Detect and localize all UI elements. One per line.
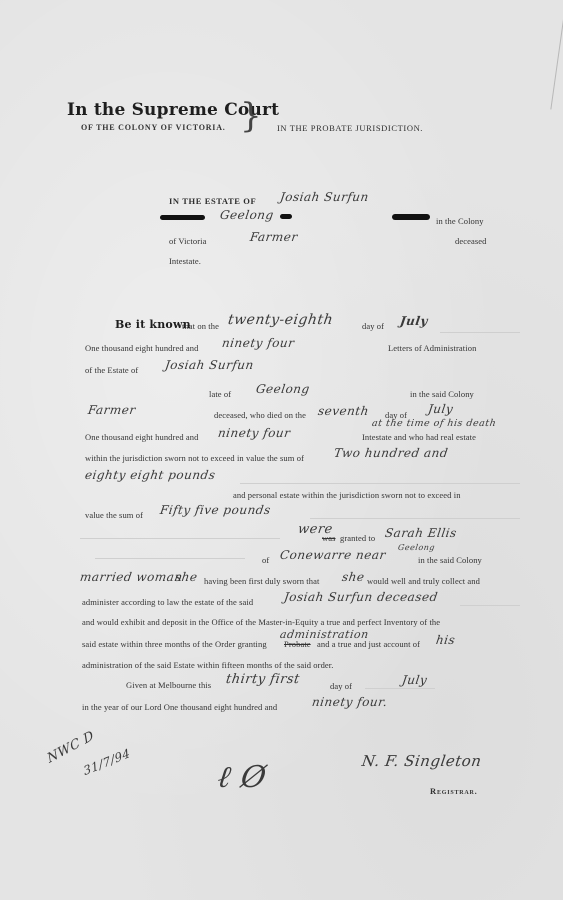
insertion-note: at the time of his death	[371, 418, 497, 429]
within-jurisdiction-label: within the jurisdiction sworn not to exc…	[85, 453, 304, 463]
that-on-the-label: that on the	[182, 321, 219, 331]
letters-of-administration-label: Letters of Administration	[388, 343, 476, 353]
exhibit-label: and would exhibit and deposit in the Off…	[82, 617, 440, 627]
grantee-field: Sarah Ellis	[384, 526, 458, 540]
grant-month-field: July	[399, 314, 429, 328]
of-label: of	[262, 555, 269, 565]
occupation-field: Farmer	[249, 230, 299, 244]
fill-line	[310, 518, 520, 519]
pronoun-field-2: she	[341, 570, 365, 584]
account-pronoun-field: his	[435, 633, 456, 647]
of-the-estate-of-label: of the Estate of	[85, 365, 138, 375]
death-day-field: seventh	[317, 404, 370, 418]
grant-year-field: ninety four	[221, 336, 295, 350]
seal-mark: ℓ Ø	[216, 760, 269, 795]
estate-label: IN THE ESTATE OF	[169, 196, 256, 206]
brace-divider: }	[240, 96, 262, 136]
true-account-label: and a true and just account of	[317, 639, 420, 649]
of-victoria-label: of Victoria	[169, 236, 207, 246]
given-month-field: July	[401, 673, 428, 687]
said-estate-label: said estate within three months of the O…	[82, 639, 267, 649]
would-collect-label: would well and truly collect and	[367, 576, 480, 586]
late-of-label: late of	[209, 389, 231, 399]
deceased-who-died-label: deceased, who died on the	[214, 410, 306, 420]
given-day-field: thirty first	[225, 672, 301, 687]
in-colony-label: in the Colony	[436, 216, 484, 226]
grant-day-field: twenty-eighth	[227, 312, 334, 328]
redaction-mark	[280, 214, 292, 219]
redaction-mark	[392, 214, 430, 220]
probate-struck: Probate	[284, 639, 311, 649]
value-sum-label: value the sum of	[85, 510, 143, 520]
administer-name-field: Josiah Surfun deceased	[283, 590, 439, 604]
real-estate-value-field-2: eighty eight pounds	[84, 468, 216, 482]
fill-line	[95, 558, 245, 559]
was-struck: was	[322, 533, 336, 543]
administer-label: administer according to law the estate o…	[82, 597, 253, 607]
given-year-field: ninety four.	[311, 695, 388, 709]
death-month-field: July	[427, 402, 454, 416]
in-said-colony-label: in the said Colony	[410, 389, 474, 399]
paper-edge	[550, 0, 563, 109]
grantee-place-insert: Geelong	[397, 543, 435, 552]
late-of-place-field: Geelong	[255, 382, 311, 396]
redaction-mark	[160, 215, 205, 220]
fill-line	[460, 605, 520, 606]
real-estate-value-field: Two hundred and	[333, 446, 449, 460]
occupation-field-2: Farmer	[87, 403, 137, 417]
death-year-field: ninety four	[217, 426, 291, 440]
grantee-place-field: Conewarre near	[279, 548, 387, 562]
jurisdiction-heading: IN THE PROBATE JURISDICTION.	[277, 123, 423, 133]
grantee-status-field: married woman	[79, 570, 184, 584]
granted-to-label: granted to	[340, 533, 375, 543]
deceased-name-field: Josiah Surfun	[279, 190, 370, 204]
registrar-title: Registrar.	[430, 786, 478, 796]
place-field: Geelong	[219, 208, 275, 222]
having-been-sworn-label: having been first duly sworn that	[204, 576, 319, 586]
court-subtitle: OF THE COLONY OF VICTORIA.	[81, 123, 226, 132]
year-text-label: in the year of our Lord One thousand eig…	[82, 702, 277, 712]
intestate-label: Intestate.	[169, 256, 201, 266]
personal-estate-value-field: Fifty five pounds	[159, 503, 272, 517]
registrar-signature: N. F. Singleton	[361, 752, 483, 770]
fill-line	[440, 332, 520, 333]
estate-name-field: Josiah Surfun	[164, 358, 255, 372]
pronoun-field: she	[174, 570, 198, 584]
one-thousand-label-2: One thousand eight hundred and	[85, 432, 198, 442]
administration-line: administration of the said Estate within…	[82, 660, 333, 670]
given-day-of-label: day of	[330, 681, 352, 691]
fill-line	[80, 538, 280, 539]
be-it-known-heading: Be it known	[115, 318, 191, 331]
one-thousand-label: One thousand eight hundred and	[85, 343, 198, 353]
margin-note-date: 31/7/94	[82, 746, 132, 778]
intestate-real-estate-label: Intestate and who had real estate	[362, 432, 476, 442]
fill-line	[365, 688, 435, 689]
in-said-colony-label-2: in the said Colony	[418, 555, 482, 565]
day-of-label: day of	[362, 321, 384, 331]
fill-line	[240, 483, 520, 484]
personal-estate-label: and personal estate within the jurisdict…	[233, 490, 461, 500]
probate-document: In the Supreme Court OF THE COLONY OF VI…	[0, 0, 563, 900]
given-at-label: Given at Melbourne this	[126, 680, 211, 690]
deceased-label: deceased	[455, 236, 486, 246]
